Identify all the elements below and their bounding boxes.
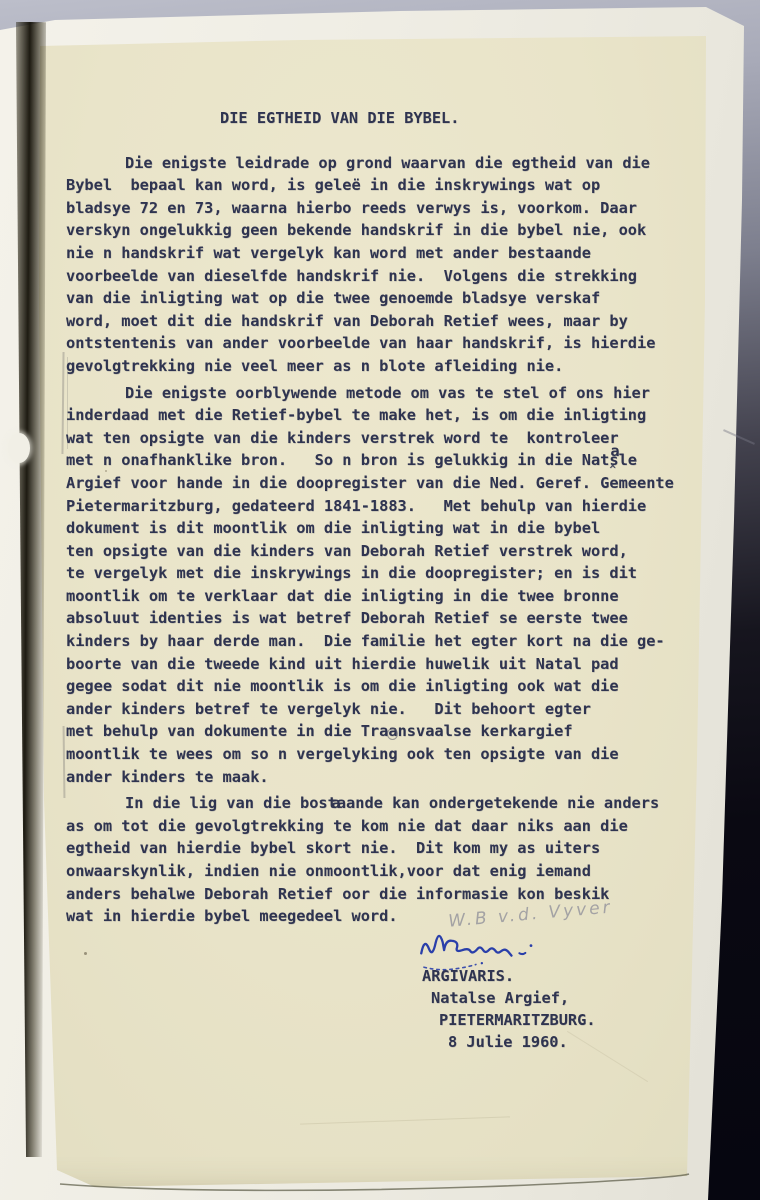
typed-line: ARGIVARIS. xyxy=(422,965,596,987)
dust-speck xyxy=(84,952,87,955)
typed-line: moontlik te wees om so n vergelyking ook… xyxy=(66,743,691,766)
typed-line: Die enigste oorblywende metode om vas te… xyxy=(66,382,691,405)
paper-chip xyxy=(8,433,30,463)
typed-text: DIE EGTHEID VAN DIE BYBEL. Die enigste l… xyxy=(66,107,691,928)
typed-line: ander kinders te maak. xyxy=(66,766,691,789)
typed-segment: nsvaalse kerkargief xyxy=(398,722,573,740)
typed-line: voorbeelde van dieselfde handskrif nie. … xyxy=(66,265,691,288)
typed-line: dokument is dit moontlik om die inligtin… xyxy=(66,517,691,540)
paragraph-2: Die enigste oorblywende metode om vas te… xyxy=(66,382,691,789)
typed-line: met behulp van dokumente in die Traansva… xyxy=(66,720,691,743)
typed-line: gegee sodat dit nie moontlik is om die i… xyxy=(66,675,691,698)
typed-line: boorte van die tweede kind uit hierdie h… xyxy=(66,653,691,676)
scanned-document-photo: DIE EGTHEID VAN DIE BYBEL. Die enigste l… xyxy=(0,0,760,1200)
typed-line: ander kinders betref te vergelyk nie. Di… xyxy=(66,698,691,721)
page-bottom-edge xyxy=(55,1172,695,1194)
typed-line: word, moet dit die handskrif van Deborah… xyxy=(66,310,691,333)
typed-line: kinders by haar derde man. Die familie h… xyxy=(66,630,691,653)
typed-line: 8 Julie 1960. xyxy=(422,1031,596,1053)
typed-line: Argief voor hande in die doopregister va… xyxy=(66,472,691,495)
typed-line: ten opsigte van die kinders van Deborah … xyxy=(66,540,691,563)
typed-line: egtheid van hierdie bybel skort nie. Dit… xyxy=(66,837,691,860)
typed-line: te vergelyk met die inskrywings in die d… xyxy=(66,562,691,585)
typed-segment: met behulp van dokumente in die Tra xyxy=(66,722,388,740)
correction-mark: a xyxy=(388,722,397,740)
paragraph-1: Die enigste leidrade op grond waarvan di… xyxy=(66,152,691,378)
typed-line: onwaarskynlik, indien nie onmoontlik,voo… xyxy=(66,860,691,883)
typed-line: Natalse Argief, xyxy=(422,987,596,1009)
correction-mark: i xyxy=(272,794,281,812)
typed-line: bladsye 72 en 73, waarna hierbo reeds ve… xyxy=(66,197,691,220)
typed-line: gevolgtrekking nie veel meer as n blote … xyxy=(66,355,691,378)
typed-line: met n onafhanklike bron. So n bron is ge… xyxy=(66,449,691,472)
typed-line: van die inligting wat op die twee genoem… xyxy=(66,287,691,310)
typed-line: moontlik om te verklaar dat die inligtin… xyxy=(66,585,691,608)
page-title: DIE EGTHEID VAN DIE BYBEL. xyxy=(220,107,691,130)
typed-line: inderdaad met die Retief-bybel te make h… xyxy=(66,404,691,427)
signature-block: ARGIVARIS.Natalse Argief,PIETERMARITZBUR… xyxy=(422,965,596,1053)
typed-segment: In die lig van d xyxy=(125,794,272,812)
typed-line: Bybel bepaal kan word, is geleë in die i… xyxy=(66,174,691,197)
typed-line: absoluut identies is wat betref Deborah … xyxy=(66,607,691,630)
typed-line: as om tot die gevolgtrekking te kom nie … xyxy=(66,815,691,838)
typed-line: In die lig van diae bostaande kan onderg… xyxy=(66,792,691,815)
typed-line: Die enigste leidrade op grond waarvan di… xyxy=(66,152,691,175)
typed-line: nie n handskrif wat vergelyk kan word me… xyxy=(66,242,691,265)
typed-segment: met n onafhanklike bron. So n bron is ge… xyxy=(66,451,609,469)
typed-line: Pietermaritzburg, gedateerd 1841-1883. M… xyxy=(66,495,691,518)
typed-line: PIETERMARITZBURG. xyxy=(422,1009,596,1031)
typed-line: ontstentenis van ander voorbeelde van ha… xyxy=(66,332,691,355)
typed-line: wat ten opsigte van die kinders verstrek… xyxy=(66,427,691,450)
typed-line: verskyn ongelukkig geen bekende handskri… xyxy=(66,219,691,242)
